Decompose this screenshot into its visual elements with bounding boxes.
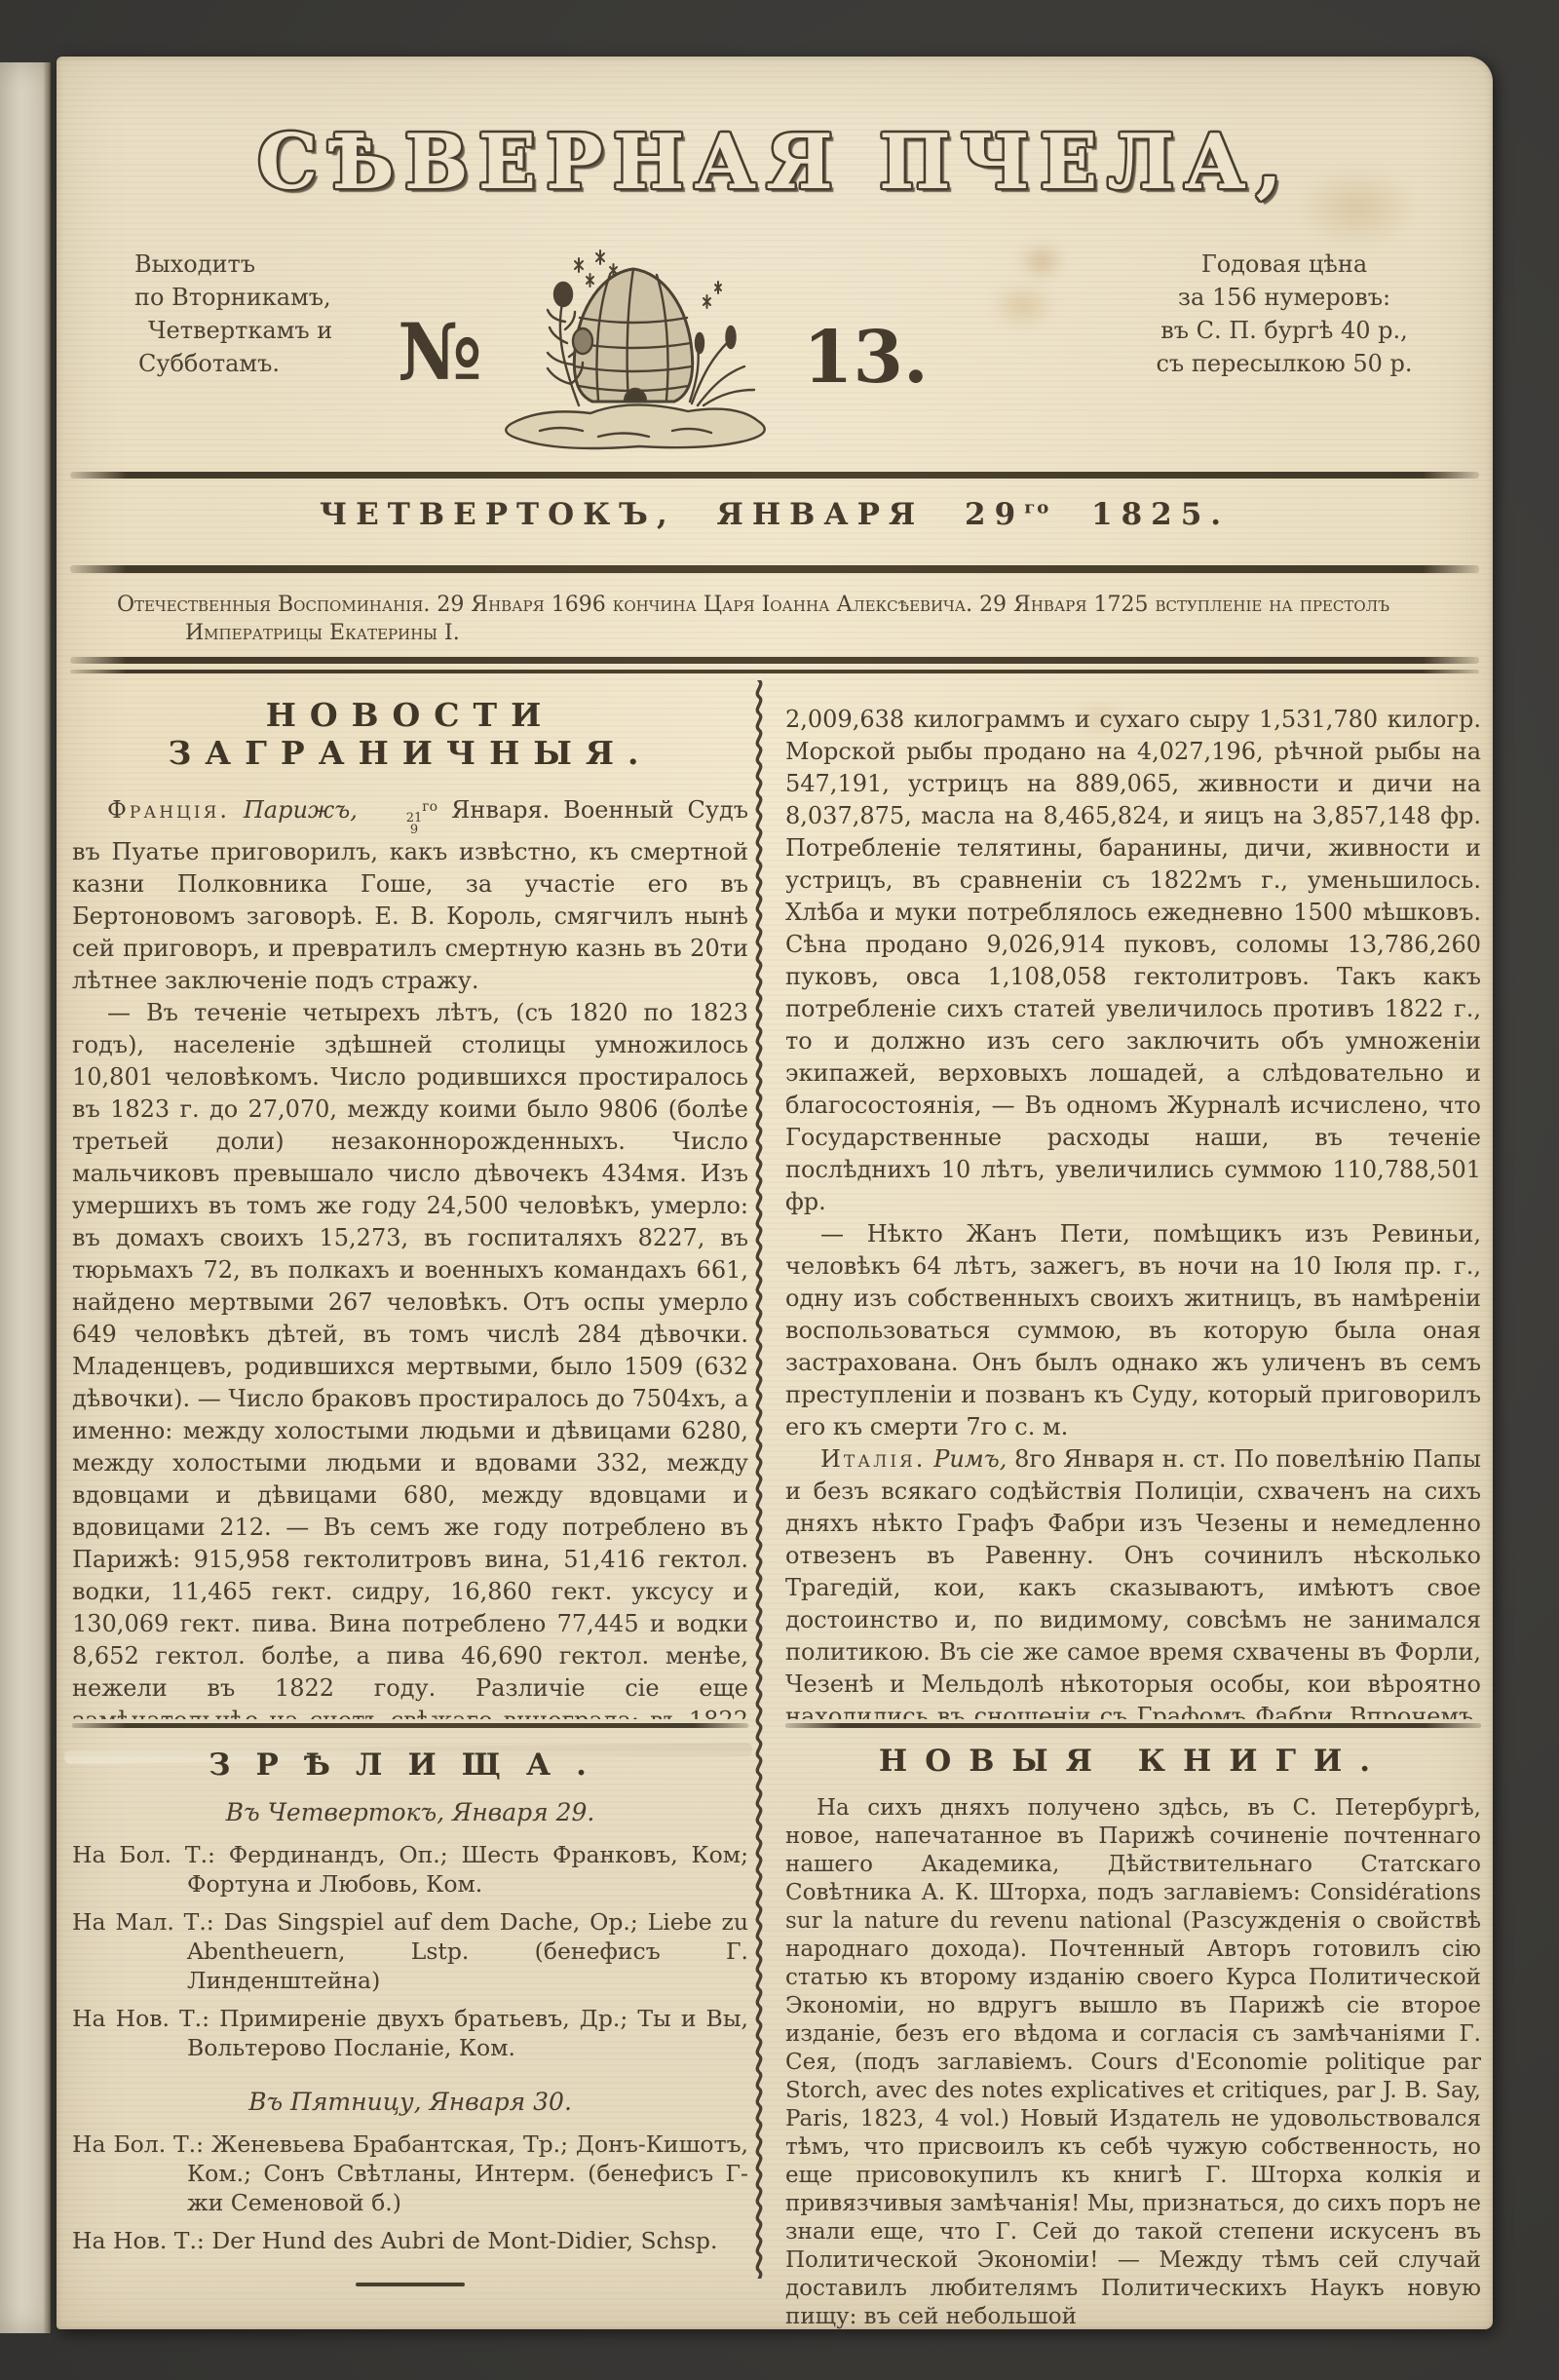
horizontal-rule [70, 565, 1479, 573]
double-rule-top [70, 657, 1479, 664]
dual-date-fraction: 219 [371, 813, 423, 836]
date-denominator: 9 [371, 825, 423, 836]
schedule-line: Субботамъ. [134, 347, 332, 380]
playbill-item: На Нов. Т.: Der Hund des Aubri de Mont-D… [72, 2226, 748, 2255]
left-column-foreign-news: НОВОСТИ ЗАГРАНИЧНЫЯ. Франція. Парижъ, 21… [72, 692, 748, 1719]
playbill-item: На Бол. Т.: Фердинандъ, Оп.; Шесть Франк… [72, 1840, 748, 1899]
dateline-year: 1825. [1091, 497, 1230, 532]
schedule-line: по Вторникамъ, [134, 281, 332, 314]
performance-date-friday: Въ Пятницу, Января 30. [72, 2088, 748, 2116]
memorial-line: Императрицы Екатерины I. [117, 619, 1454, 647]
issue-dateline: ЧЕТВЕРТОКЪ, ЯНВАРЯ 29го 1825. [57, 497, 1493, 532]
schedule-line: Выходитъ [134, 248, 332, 281]
article-paragraph-continuation: 2,009,638 килограммъ и сухаго сыру 1,531… [785, 704, 1481, 1218]
country-label: Италія. [820, 1445, 926, 1473]
price-line: Годовая цѣна [1121, 248, 1448, 281]
price-line: съ пересылкою 50 р. [1121, 347, 1448, 380]
adjacent-page-edge [0, 62, 51, 2333]
playbill-item: На Мал. Т.: Das Singspiel auf dem Dache,… [72, 1907, 748, 1995]
performance-date-thursday: Въ Четвертокъ, Января 29. [72, 1798, 748, 1826]
newspaper-page: СѢВЕРНАЯ ПЧЕЛА, Выходитъ по Вторникамъ, … [57, 57, 1493, 2329]
price-line: въ С. П. бургѣ 40 р., [1121, 314, 1448, 347]
beehive-icon [481, 248, 785, 472]
publication-schedule: Выходитъ по Вторникамъ, Четверткамъ и Су… [134, 248, 332, 380]
price-line: за 156 нумеровъ: [1121, 281, 1448, 314]
column-rule [72, 1723, 748, 1728]
article-paragraph-italy: Италія. Римъ, 8го Января н. ст. По повел… [785, 1443, 1481, 1719]
issue-number-sign: № [398, 306, 482, 398]
right-column-foreign-news-continued: 2,009,638 килограммъ и сухаго сыру 1,531… [785, 688, 1481, 1719]
city-label: Парижъ, [244, 796, 358, 824]
newspaper-title: СѢВЕРНАЯ ПЧЕЛА, [57, 125, 1493, 201]
foxing-stain [987, 281, 1059, 331]
dateline-day-month: ЧЕТВЕРТОКЪ, ЯНВАРЯ 29 [320, 497, 1024, 532]
country-label: Франція. [107, 796, 230, 824]
new-books-paragraph: На сихъ дняхъ получено здѣсь, въ С. Пете… [785, 1794, 1481, 2331]
double-rule-bottom [70, 670, 1479, 673]
spectacles-section: ЗРѢЛИЩА. Въ Четвертокъ, Января 29. На Бо… [72, 1723, 748, 2286]
horizontal-rule [70, 472, 1479, 479]
memorial-notice: Отечественныя Воспоминанія. 29 Января 16… [117, 591, 1454, 647]
memorial-line: Отечественныя Воспоминанія. 29 Января 16… [117, 591, 1454, 619]
section-end-rule [356, 2283, 465, 2286]
scanned-newspaper-screenshot: { "masthead": { "title": "СѢВЕРНАЯ ПЧЕЛА… [0, 0, 1559, 2380]
article-paragraph-jean-petit: — Нѣкто Жанъ Пети, помѣщикъ изъ Ревиньи,… [785, 1218, 1481, 1443]
article-paragraph-paris-statistics: — Въ теченіе четырехъ лѣтъ, (съ 1820 по … [72, 997, 748, 1719]
section-heading-new-books: НОВЫЯ КНИГИ. [785, 1744, 1481, 1779]
section-heading-spectacles: ЗРѢЛИЩА. [72, 1747, 748, 1783]
foxing-stain [1016, 240, 1067, 283]
article-paragraph-france: Франція. Парижъ, 219го Января. Военный С… [72, 791, 748, 997]
date-ordinal: го [422, 799, 437, 815]
schedule-line: Четверткамъ и [134, 314, 332, 347]
column-rule [785, 1723, 1481, 1728]
column-divider-wavy-rule [750, 680, 768, 2279]
new-books-section: НОВЫЯ КНИГИ. На сихъ дняхъ получено здѣс… [785, 1723, 1481, 2331]
paragraph-text: 8го Января н. ст. По повелѣнію Папы и бе… [785, 1445, 1481, 1719]
city-label: Римъ, [933, 1445, 1007, 1473]
section-heading-foreign-news: НОВОСТИ ЗАГРАНИЧНЫЯ. [72, 696, 748, 772]
dateline-ordinal: го [1024, 498, 1050, 518]
playbill-item: На Бол. Т.: Женевьева Брабантская, Тр.; … [72, 2130, 748, 2217]
issue-number: 13. [803, 316, 929, 400]
subscription-price: Годовая цѣна за 156 нумеровъ: въ С. П. б… [1121, 248, 1448, 380]
playbill-item: На Нов. Т.: Примиреніе двухъ братьевъ, Д… [72, 2004, 748, 2062]
